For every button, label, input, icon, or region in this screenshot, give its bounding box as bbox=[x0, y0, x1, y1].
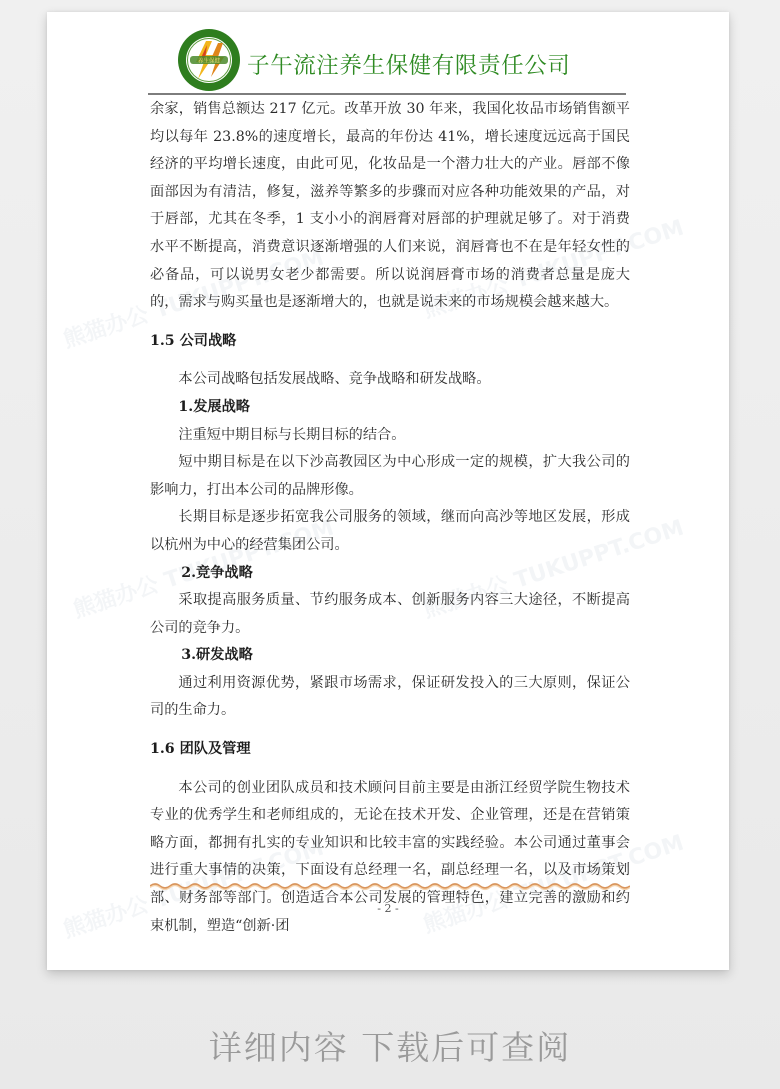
company-name: 子午流注养生保健有限责任公司 bbox=[247, 48, 570, 80]
section-heading-1-5: 1.5 公司战略 bbox=[150, 328, 630, 356]
paragraph: 采取提高服务质量、节约服务成本、创新服务内容三大途径，不断提高公司的竞争力。 bbox=[150, 587, 630, 642]
document-page: 熊猫办公 TUKUPPT.COM 熊猫办公 TUKUPPT.COM 熊猫办公 T… bbox=[47, 12, 729, 970]
document-body: 余家，销售总额达 217 亿元。改革开放 30 年来，我国化妆品市场销售额平均以… bbox=[150, 96, 630, 940]
strategy-intro: 本公司战略包括发展战略、竞争战略和研发战略。 bbox=[150, 366, 630, 394]
section-heading-1-6: 1.6 团队及管理 bbox=[150, 736, 630, 764]
paragraph: 长期目标是逐步拓宽我公司服务的领域，继而向高沙等地区发展，形成以杭州为中心的经营… bbox=[150, 504, 630, 559]
svg-text:养生保健: 养生保健 bbox=[198, 57, 221, 65]
footer-wavy-divider bbox=[150, 881, 630, 891]
subheading-development-strategy: 1.发展战略 bbox=[150, 394, 630, 422]
company-logo-icon: 养生保健 bbox=[176, 27, 242, 93]
page-number: - 2 - bbox=[47, 902, 729, 915]
team-paragraph: 本公司的创业团队成员和技术顾问目前主要是由浙江经贸学院生物技术专业的优秀学生和老… bbox=[150, 775, 630, 941]
paragraph: 注重短中期目标与长期目标的结合。 bbox=[150, 422, 630, 450]
paragraph: 通过利用资源优势，紧跟市场需求，保证研发投入的三大原则，保证公司的生命力。 bbox=[150, 670, 630, 725]
subheading-competition-strategy: 2.竞争战略 bbox=[150, 560, 630, 588]
document-header: 养生保健 子午流注养生保健有限责任公司 bbox=[47, 12, 729, 96]
download-hint: 详细内容 下载后可查阅 bbox=[0, 1022, 780, 1069]
paragraph: 短中期目标是在以下沙高教园区为中心形成一定的规模，扩大我公司的影响力，打出本公司… bbox=[150, 449, 630, 504]
header-divider bbox=[148, 93, 626, 95]
intro-paragraph: 余家，销售总额达 217 亿元。改革开放 30 年来，我国化妆品市场销售额平均以… bbox=[150, 96, 630, 317]
subheading-rnd-strategy: 3.研发战略 bbox=[150, 642, 630, 670]
